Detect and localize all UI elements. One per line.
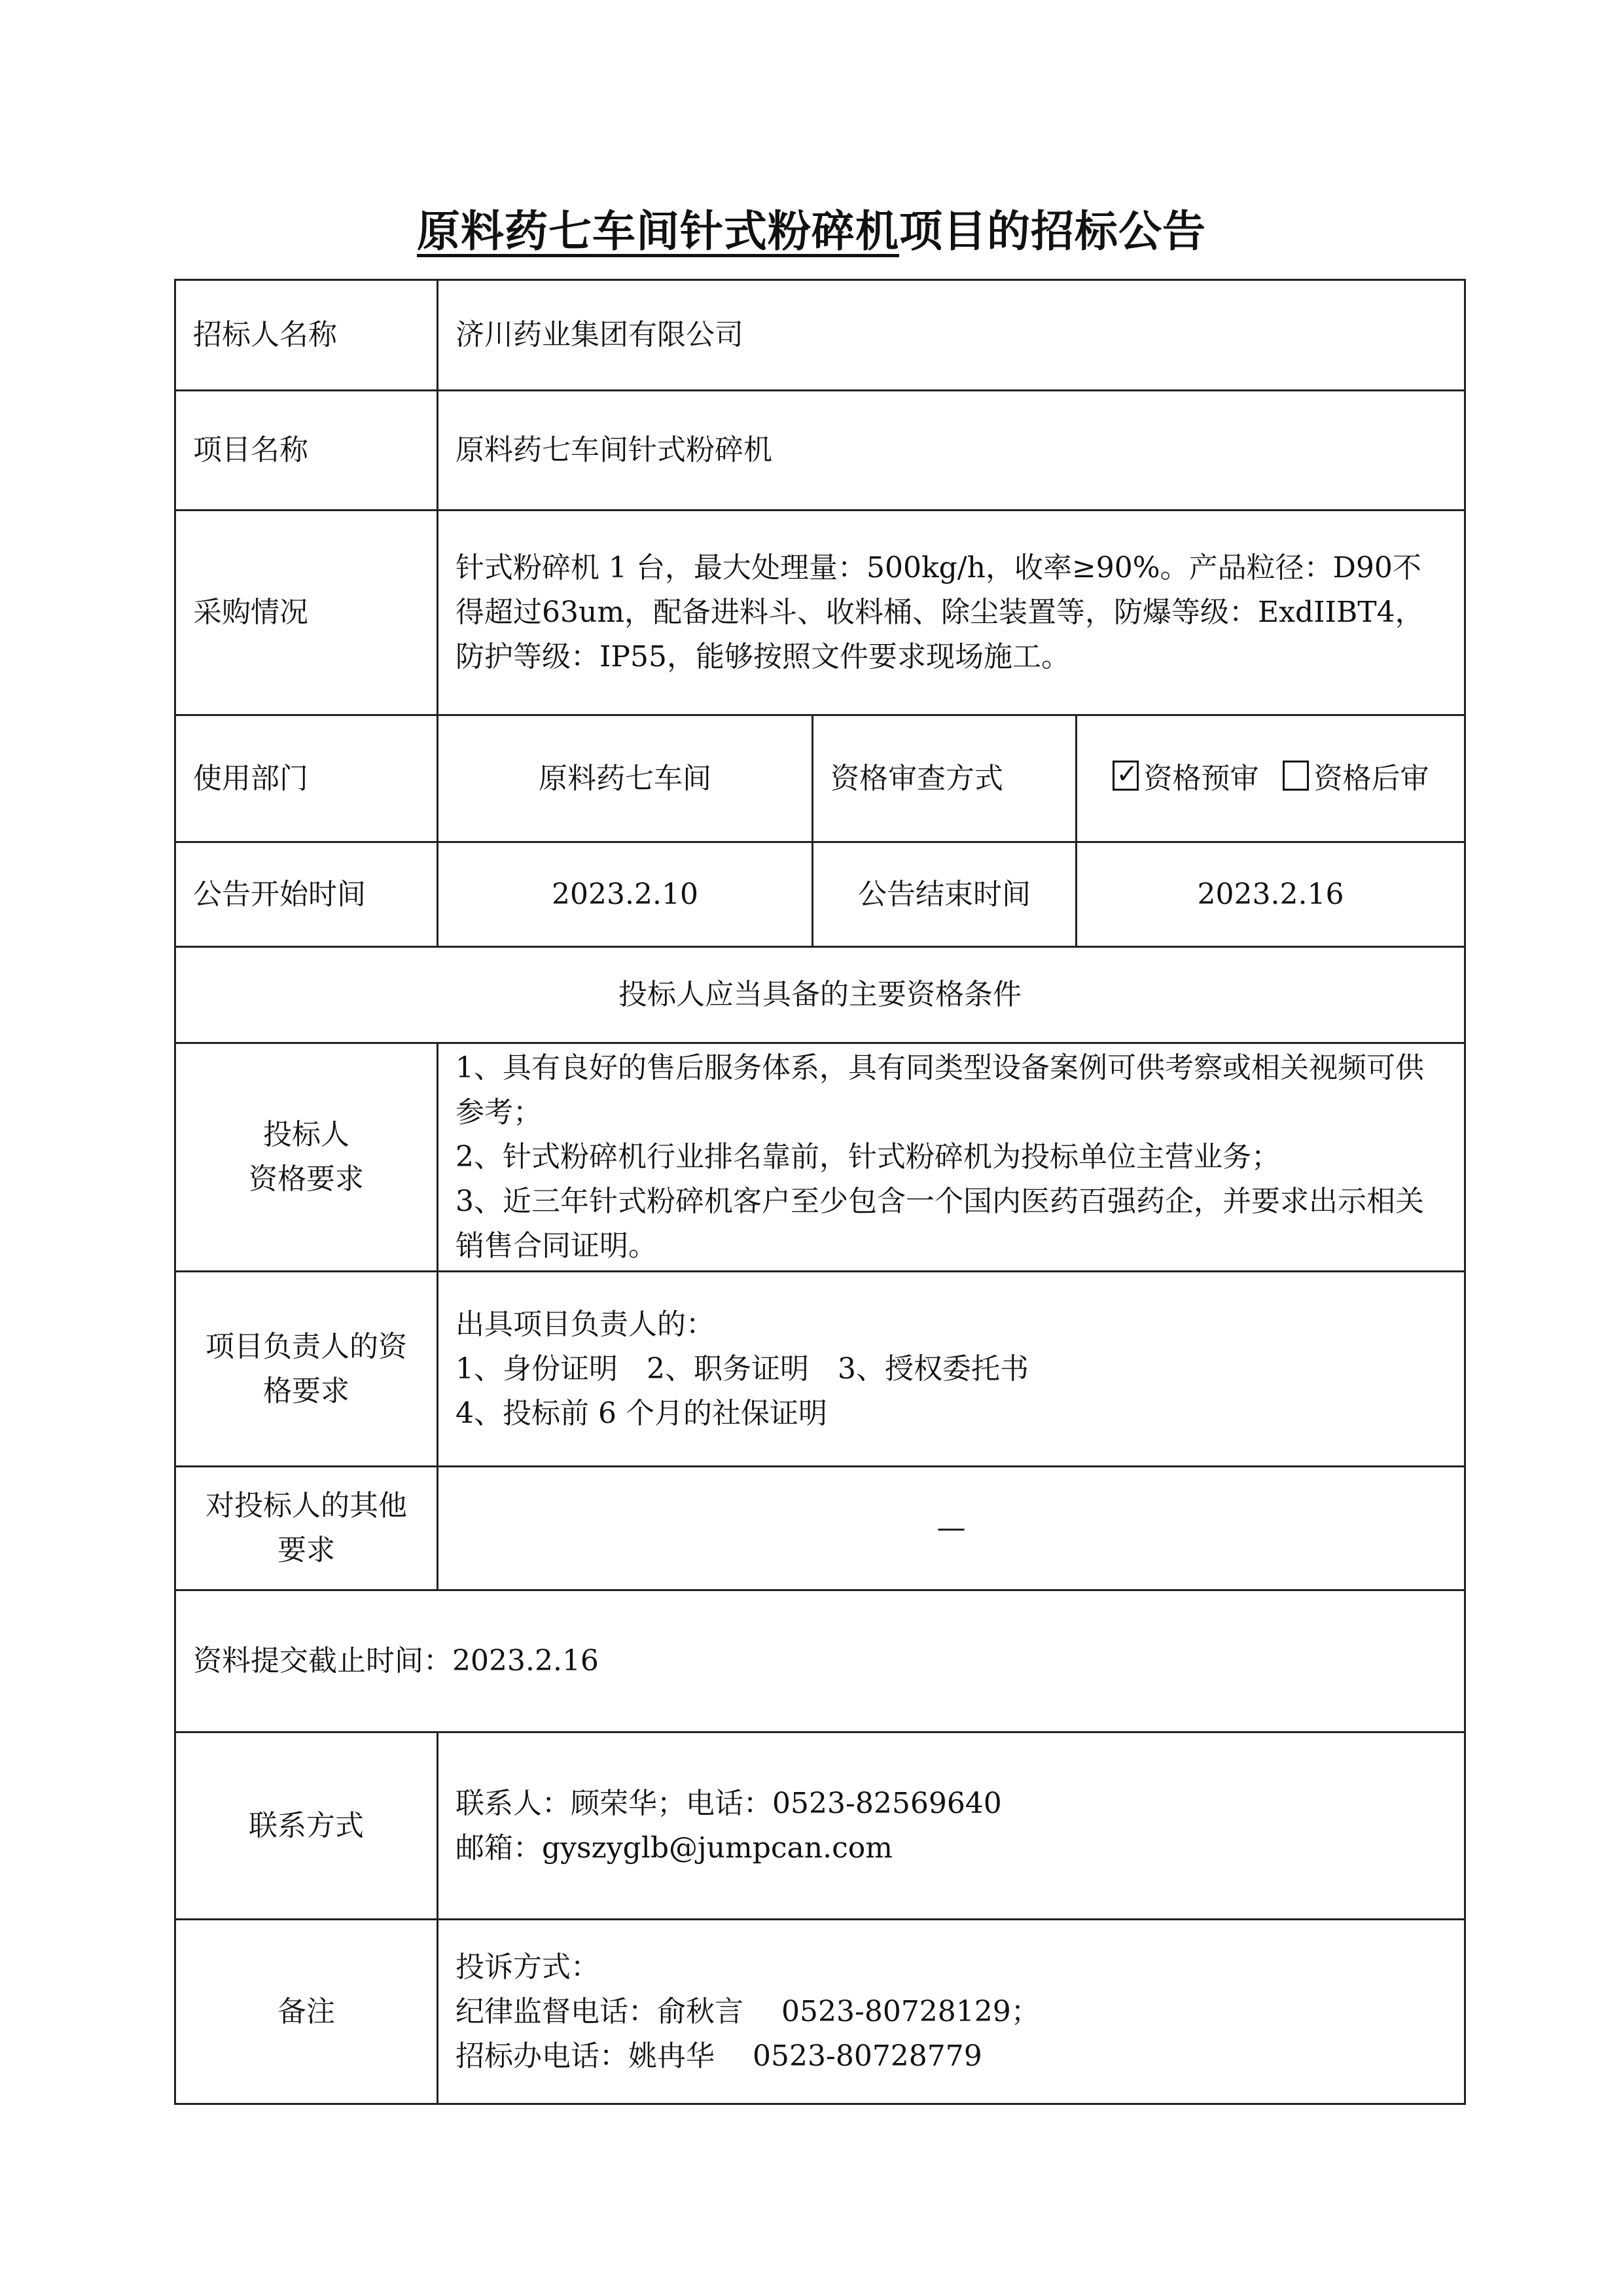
end-date-value: 2023.2.16	[1077, 842, 1465, 947]
start-date-label: 公告开始时间	[175, 842, 438, 947]
project-value: 原料药七车间针式粉碎机	[438, 391, 1465, 511]
submission-deadline: 资料提交截止时间：2023.2.16	[175, 1590, 1465, 1732]
procurement-label: 采购情况	[175, 511, 438, 715]
start-date-value: 2023.2.10	[438, 842, 813, 947]
row-contact: 联系方式 联系人：顾荣华；电话：0523-82569640 邮箱：gyszygl…	[175, 1732, 1465, 1920]
row-remarks: 备注 投诉方式： 纪律监督电话：俞秋言 0523-80728129； 招标办电话…	[175, 1920, 1465, 2104]
contact-email: 邮箱：gyszyglb@jumpcan.com	[455, 1826, 1447, 1871]
tender-office-phone: 招标办电话：姚冉华 0523-80728779	[455, 2034, 1447, 2079]
procurement-value: 针式粉碎机 1 台，最大处理量：500kg/h，收率≥90%。产品粒径：D90不…	[438, 511, 1465, 715]
qualification-section-header: 投标人应当具备的主要资格条件	[175, 947, 1465, 1043]
contact-value: 联系人：顾荣华；电话：0523-82569640 邮箱：gyszyglb@jum…	[438, 1732, 1465, 1920]
row-other-requirements: 对投标人的其他要求 —	[175, 1467, 1465, 1590]
review-method-options: 资格预审 资格后审	[1077, 715, 1465, 842]
row-dates: 公告开始时间 2023.2.10 公告结束时间 2023.2.16	[175, 842, 1465, 947]
complaint-heading: 投诉方式：	[455, 1945, 1447, 1990]
tenderer-value: 济川药业集团有限公司	[438, 280, 1465, 391]
bidder-req-label-line2: 资格要求	[193, 1157, 419, 1202]
manager-req-value: 出具项目负责人的： 1、身份证明 2、职务证明 3、授权委托书 4、投标前 6 …	[438, 1272, 1465, 1467]
row-project: 项目名称 原料药七车间针式粉碎机	[175, 391, 1465, 511]
manager-req-label: 项目负责人的资格要求	[175, 1272, 438, 1467]
prequalification-checkbox[interactable]	[1113, 761, 1139, 791]
row-bidder-requirements: 投标人资格要求 1、具有良好的售后服务体系，具有同类型设备案例可供考察或相关视频…	[175, 1043, 1465, 1272]
remarks-value: 投诉方式： 纪律监督电话：俞秋言 0523-80728129； 招标办电话：姚冉…	[438, 1920, 1465, 2104]
postqualification-label: 资格后审	[1314, 762, 1429, 795]
page-title: 原料药七车间针式粉碎机项目的招标公告	[0, 196, 1623, 259]
row-deadline: 资料提交截止时间：2023.2.16	[175, 1590, 1465, 1732]
discipline-phone: 纪律监督电话：俞秋言 0523-80728129；	[455, 1990, 1447, 2034]
other-req-label: 对投标人的其他要求	[175, 1467, 438, 1590]
row-manager-requirements: 项目负责人的资格要求 出具项目负责人的： 1、身份证明 2、职务证明 3、授权委…	[175, 1272, 1465, 1467]
contact-person-phone: 联系人：顾荣华；电话：0523-82569640	[455, 1782, 1447, 1826]
postqualification-checkbox[interactable]	[1283, 761, 1309, 791]
end-date-label: 公告结束时间	[813, 842, 1077, 947]
contact-label: 联系方式	[175, 1732, 438, 1920]
bidder-req-label: 投标人资格要求	[175, 1043, 438, 1272]
bidder-req-item-2: 2、针式粉碎机行业排名靠前，针式粉碎机为投标单位主营业务；	[455, 1135, 1447, 1179]
bidder-req-item-3: 3、近三年针式粉碎机客户至少包含一个国内医药百强药企，并要求出示相关销售合同证明…	[455, 1179, 1447, 1268]
department-value: 原料药七车间	[438, 715, 813, 842]
other-req-value: —	[438, 1467, 1465, 1590]
remarks-label: 备注	[175, 1920, 438, 2104]
title-suffix: 项目的招标公告	[899, 206, 1206, 257]
bidder-req-value: 1、具有良好的售后服务体系，具有同类型设备案例可供考察或相关视频可供参考； 2、…	[438, 1043, 1465, 1272]
tenderer-label: 招标人名称	[175, 280, 438, 391]
row-tenderer: 招标人名称 济川药业集团有限公司	[175, 280, 1465, 391]
project-label: 项目名称	[175, 391, 438, 511]
row-department: 使用部门 原料药七车间 资格审查方式 资格预审 资格后审	[175, 715, 1465, 842]
bidder-req-item-1: 1、具有良好的售后服务体系，具有同类型设备案例可供考察或相关视频可供参考；	[455, 1046, 1447, 1135]
title-project-name: 原料药七车间针式粉碎机	[417, 206, 899, 257]
tender-table: 招标人名称 济川药业集团有限公司 项目名称 原料药七车间针式粉碎机 采购情况 针…	[174, 279, 1466, 2105]
manager-req-line-2: 1、身份证明 2、职务证明 3、授权委托书	[455, 1347, 1447, 1391]
row-procurement: 采购情况 针式粉碎机 1 台，最大处理量：500kg/h，收率≥90%。产品粒径…	[175, 511, 1465, 715]
manager-req-line-1: 出具项目负责人的：	[455, 1302, 1447, 1347]
review-method-label: 资格审查方式	[813, 715, 1077, 842]
prequalification-label: 资格预审	[1144, 762, 1259, 795]
row-section-header: 投标人应当具备的主要资格条件	[175, 947, 1465, 1043]
bidder-req-label-line1: 投标人	[193, 1113, 419, 1157]
manager-req-line-3: 4、投标前 6 个月的社保证明	[455, 1391, 1447, 1436]
department-label: 使用部门	[175, 715, 438, 842]
